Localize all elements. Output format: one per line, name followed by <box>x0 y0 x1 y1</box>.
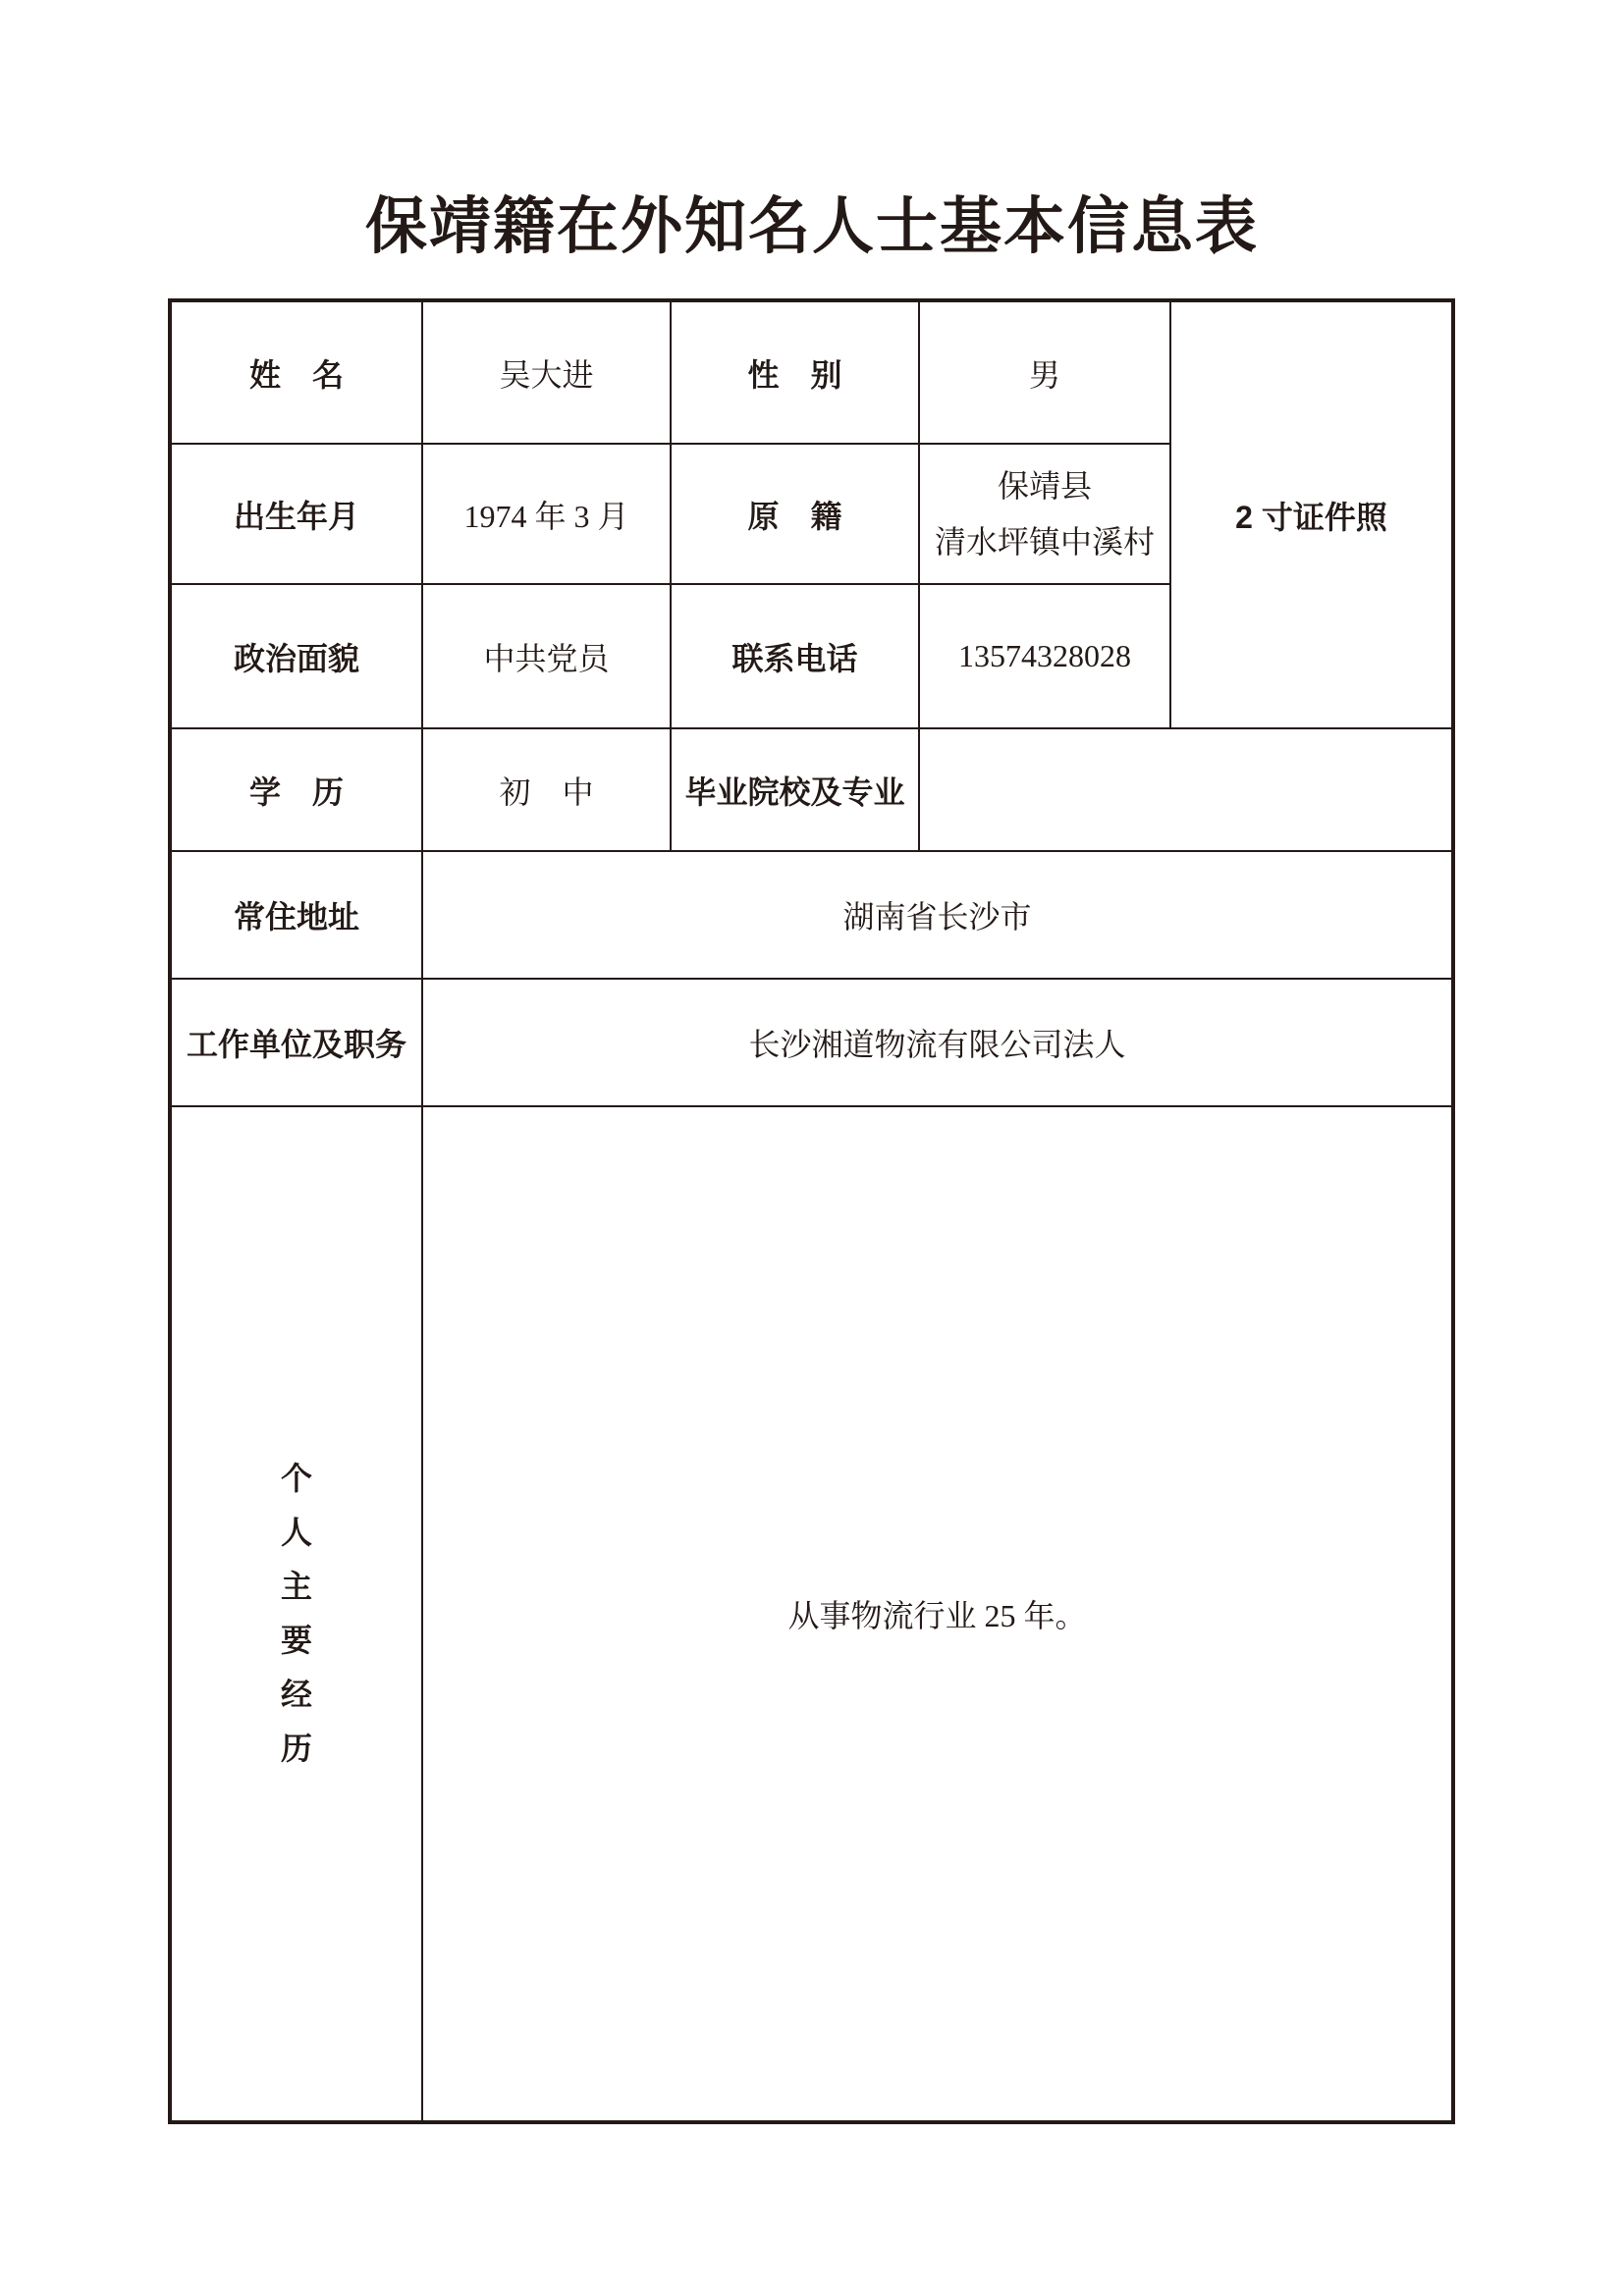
page-title: 保靖籍在外知名人士基本信息表 <box>0 177 1624 266</box>
name-value: 吴大进 <box>422 300 671 444</box>
political-status-label: 政治面貌 <box>170 584 422 728</box>
table-row-experience: 个 人 主 要 经 历 从事物流行业 25 年。 <box>170 1106 1453 2122</box>
table-row-work: 工作单位及职务 长沙湘道物流有限公司法人 <box>170 979 1453 1106</box>
gender-value: 男 <box>919 300 1170 444</box>
origin-value: 保靖县 清水坪镇中溪村 <box>919 444 1170 584</box>
origin-label: 原 籍 <box>671 444 919 584</box>
phone-label: 联系电话 <box>671 584 919 728</box>
experience-value: 从事物流行业 25 年。 <box>422 1106 1453 2122</box>
info-table: 姓 名 吴大进 性 别 男 2 寸证件照 出生年月 1974 年 3 月 原 籍… <box>168 298 1455 2124</box>
experience-label-vertical-text: 个 人 主 要 经 历 <box>172 1452 421 1776</box>
table-row-education-school: 学 历 初 中 毕业院校及专业 <box>170 728 1453 851</box>
school-major-value <box>919 728 1453 851</box>
birthdate-value: 1974 年 3 月 <box>422 444 671 584</box>
gender-label: 性 别 <box>671 300 919 444</box>
phone-value: 13574328028 <box>919 584 1170 728</box>
name-label: 姓 名 <box>170 300 422 444</box>
address-value: 湖南省长沙市 <box>422 851 1453 979</box>
birthdate-label: 出生年月 <box>170 444 422 584</box>
table-row-address: 常住地址 湖南省长沙市 <box>170 851 1453 979</box>
education-value: 初 中 <box>422 728 671 851</box>
political-status-value: 中共党员 <box>422 584 671 728</box>
table-row-name-gender: 姓 名 吴大进 性 别 男 2 寸证件照 <box>170 300 1453 444</box>
work-unit-label: 工作单位及职务 <box>170 979 422 1106</box>
experience-label: 个 人 主 要 经 历 <box>170 1106 422 2122</box>
education-label: 学 历 <box>170 728 422 851</box>
address-label: 常住地址 <box>170 851 422 979</box>
photo-placeholder-cell: 2 寸证件照 <box>1170 300 1453 728</box>
work-unit-value: 长沙湘道物流有限公司法人 <box>422 979 1453 1106</box>
school-major-label: 毕业院校及专业 <box>671 728 919 851</box>
